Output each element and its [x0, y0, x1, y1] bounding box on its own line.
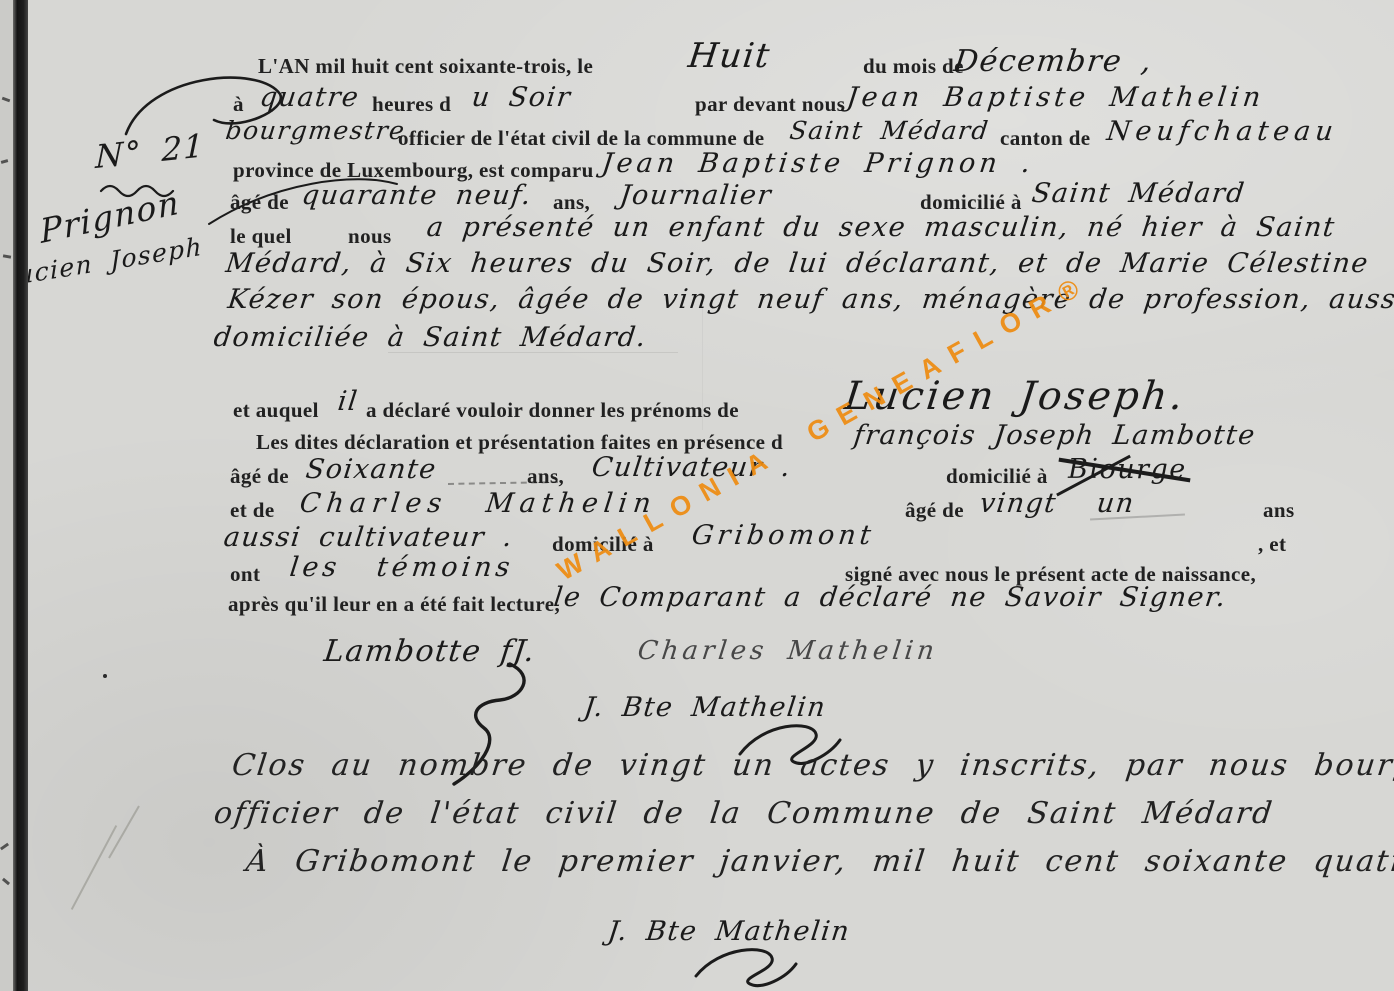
signature-charles-mathelin: Charles Mathelin — [636, 636, 940, 666]
form-text-declared-names: a déclaré vouloir donner les prénoms de — [366, 398, 739, 423]
form-text-aged2: âgé de — [230, 464, 289, 489]
hw-period: u Soir — [470, 82, 573, 113]
hw-declarant-name: Jean Baptiste Prignon . — [600, 148, 1036, 179]
form-blank-line — [388, 352, 678, 353]
hw-witness1-domicile-struck: Biourge — [1068, 454, 1187, 485]
form-text-aged3: âgé de — [905, 498, 964, 523]
hw-declarant-domicile: Saint Médard — [1030, 178, 1247, 209]
hw-the-witnesses: les témoins — [288, 552, 515, 583]
hw-day: Huit — [686, 36, 773, 76]
closing-officer-line: officier de l'état civil de la Commune d… — [212, 796, 1276, 831]
form-text-us: nous — [348, 224, 392, 249]
hw-officer-name: Jean Baptiste Mathelin — [845, 82, 1266, 113]
hw-hour: quatre — [258, 82, 361, 113]
hw-month: Décembre , — [952, 44, 1154, 79]
book-binding — [13, 0, 28, 991]
form-text-years3: ans — [1263, 498, 1295, 523]
hw-witness1-name: françois Joseph Lambotte — [852, 420, 1258, 451]
margin-given-names: Lucien Joseph — [0, 232, 203, 293]
form-text-before-us: par devant nous — [695, 92, 845, 117]
birth-act-scan: N° 21 Prignon Lucien Joseph L'AN mil hui… — [0, 0, 1394, 991]
hw-mother-details: Kézer son épous, âgée de vingt neuf ans,… — [226, 284, 1394, 315]
hw-he: il — [336, 386, 360, 417]
hw-declarant-age: quarante neuf. — [300, 180, 534, 211]
hw-witness2-domicile: Gribomont — [690, 520, 877, 551]
hw-mother-domicile: domiciliée à Saint Médard. — [212, 322, 649, 353]
hw-witness2-name: Charles Mathelin — [298, 488, 659, 519]
form-text-month: du mois de — [863, 54, 964, 79]
form-text-aged: âgé de — [230, 190, 289, 215]
form-text-years2: ans, — [527, 464, 564, 489]
form-text-domiciled2: domicilié à — [946, 464, 1048, 489]
form-text-who: le quel — [230, 224, 292, 249]
hw-witness1-age: Soixante — [304, 454, 439, 485]
form-text-and-of: et de — [230, 498, 275, 523]
closing-count-line: Clos au nombre de vingt un actes y inscr… — [230, 748, 1394, 783]
hw-canton: Neufchateau — [1105, 116, 1340, 147]
form-text-year: L'AN mil huit cent soixante-trois, le — [258, 54, 593, 79]
hw-witness2-profession: aussi cultivateur . — [222, 522, 515, 553]
hw-cannot-sign-note: le Comparant a déclaré ne Savoir Signer. — [552, 582, 1228, 613]
hw-officer-title: bourgmestre — [224, 116, 407, 145]
hw-commune: Saint Médard — [788, 116, 991, 145]
hw-witness2-age: vingt un — [978, 488, 1137, 519]
pencil-stroke — [71, 825, 117, 910]
hw-birth-details: Médard, à Six heures du Soir, de lui déc… — [224, 248, 1371, 279]
form-text-have: ont — [230, 562, 260, 587]
hw-declarant-profession: Journalier — [618, 180, 774, 211]
form-text-comma-and: , et — [1258, 532, 1286, 557]
form-text-after-reading: après qu'il leur en a été fait lecture, — [228, 592, 560, 617]
closing-date-line: À Gribomont le premier janvier, mil huit… — [244, 844, 1394, 879]
hw-presented-child: a présenté un enfant du sexe masculin, n… — [425, 212, 1337, 243]
form-text-hours: heures d — [372, 92, 451, 117]
form-text-and-to-whom: et auquel — [233, 398, 319, 423]
ink-speck — [103, 674, 107, 678]
form-text-at: à — [233, 92, 244, 117]
signature-mathelin-bottom-paraphe — [688, 938, 803, 990]
margin-act-number: N° 21 — [95, 126, 205, 176]
